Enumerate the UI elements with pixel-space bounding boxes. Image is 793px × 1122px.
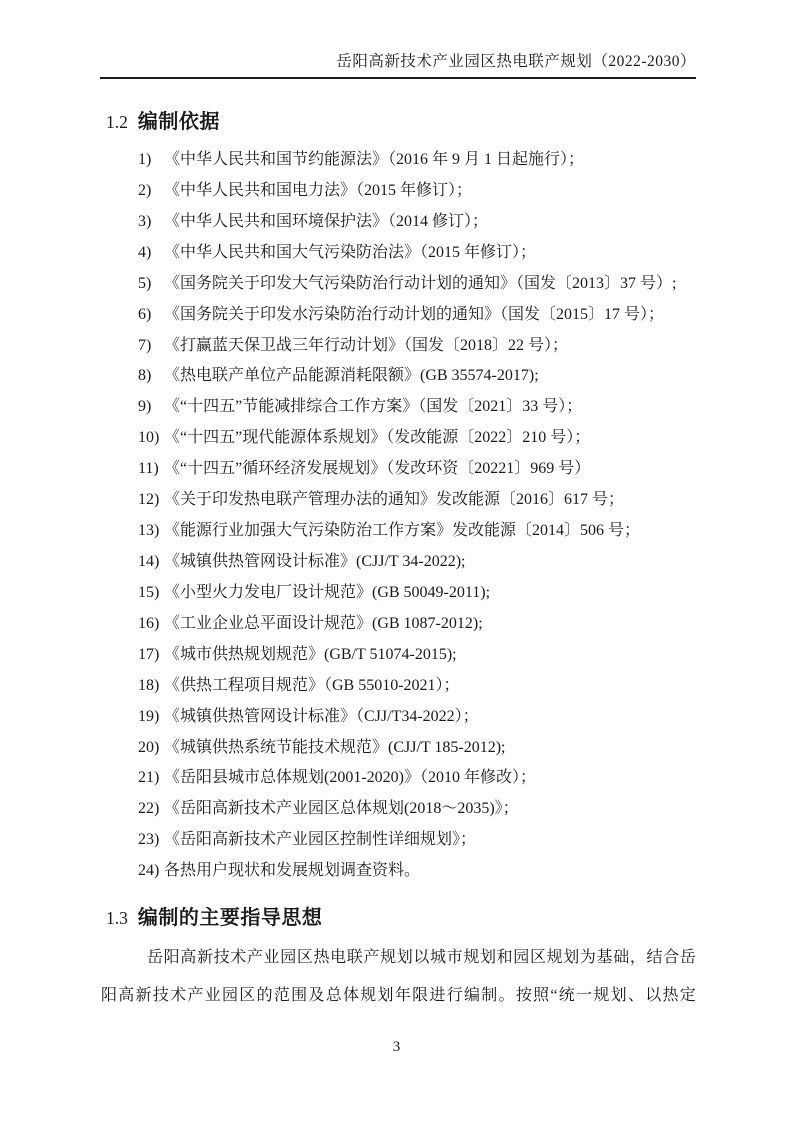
reference-item-number: 12)	[138, 485, 164, 516]
reference-item-text: 《能源行业加强大气污染防治工作方案》发改能源〔2014〕506 号；	[164, 516, 640, 547]
reference-item-text: 《城市供热规划规范》(GB/T 51074-2015);	[164, 640, 457, 671]
reference-item-text: 《城镇供热管网设计标准》（CJJ/T34-2022）；	[164, 702, 479, 733]
reference-item-number: 21)	[138, 763, 164, 794]
reference-item: 24)各热用户现状和发展规划调查资料。	[138, 856, 696, 887]
reference-item-number: 1)	[138, 145, 164, 176]
reference-item-text: 《供热工程项目规范》（GB 55010-2021）；	[164, 671, 460, 702]
reference-item-text: 《关于印发热电联产管理办法的通知》发改能源〔2016〕617 号；	[164, 485, 624, 516]
reference-item-text: 《国务院关于印发大气污染防治行动计划的通知》（国发〔2013〕37 号）;	[164, 269, 676, 300]
reference-item: 7)《打赢蓝天保卫战三年行动计划》（国发〔2018〕22 号）；	[138, 331, 696, 362]
reference-item-number: 2)	[138, 176, 164, 207]
page-footer: 3	[0, 1039, 793, 1056]
reference-item: 22)《岳阳高新技术产业园区总体规划(2018～2035)》；	[138, 794, 696, 825]
reference-item-text: 《“十四五”节能减排综合工作方案》（国发〔2021〕33 号）；	[164, 392, 582, 423]
reference-item: 3)《中华人民共和国环境保护法》（2014 修订）；	[138, 207, 696, 238]
running-header: 岳阳高新技术产业园区热电联产规划（2022-2030）	[100, 54, 696, 79]
reference-item-text: 《城镇供热管网设计标准》(CJJ/T 34-2022);	[164, 547, 466, 578]
reference-item: 19)《城镇供热管网设计标准》（CJJ/T34-2022）；	[138, 702, 696, 733]
reference-item: 5)《国务院关于印发大气污染防治行动计划的通知》（国发〔2013〕37 号）;	[138, 269, 696, 300]
reference-item-text: 各热用户现状和发展规划调查资料。	[164, 856, 420, 887]
page-number: 3	[393, 1039, 401, 1055]
reference-item-text: 《岳阳高新技术产业园区总体规划(2018～2035)》；	[164, 794, 519, 825]
reference-item-text: 《“十四五”循环经济发展规划》（发改环资〔20221〕969 号）	[164, 454, 590, 485]
reference-item-text: 《岳阳县城市总体规划(2001-2020)》（2010 年修改）；	[164, 763, 536, 794]
reference-item-number: 20)	[138, 733, 164, 764]
reference-item-number: 14)	[138, 547, 164, 578]
document-page: 岳阳高新技术产业园区热电联产规划（2022-2030） 1.2 编制依据 1)《…	[0, 0, 793, 1122]
reference-item: 10)《“十四五”现代能源体系规划》（发改能源〔2022〕210 号）；	[138, 423, 696, 454]
reference-item-text: 《中华人民共和国节约能源法》（2016 年 9 月 1 日起施行）；	[164, 145, 584, 176]
reference-item: 21)《岳阳县城市总体规划(2001-2020)》（2010 年修改）；	[138, 763, 696, 794]
section-heading-1-3: 1.3 编制的主要指导思想	[106, 901, 696, 930]
section-heading-1-2: 1.2 编制依据	[106, 105, 696, 134]
reference-item: 12)《关于印发热电联产管理办法的通知》发改能源〔2016〕617 号；	[138, 485, 696, 516]
guiding-thought-paragraph: 岳阳高新技术产业园区热电联产规划以城市规划和园区规划为基础，结合岳阳高新技术产业…	[101, 939, 696, 1014]
reference-item-text: 《工业企业总平面设计规范》(GB 1087-2012);	[164, 609, 483, 640]
reference-item: 9)《“十四五”节能减排综合工作方案》（国发〔2021〕33 号）；	[138, 392, 696, 423]
reference-item-number: 22)	[138, 794, 164, 825]
reference-item: 2)《中华人民共和国电力法》（2015 年修订）；	[138, 176, 696, 207]
reference-item: 17)《城市供热规划规范》(GB/T 51074-2015);	[138, 640, 696, 671]
reference-item-number: 8)	[138, 361, 164, 392]
reference-item-number: 6)	[138, 300, 164, 331]
reference-item-number: 17)	[138, 640, 164, 671]
reference-item-text: 《中华人民共和国大气污染防治法》（2015 年修订）；	[164, 238, 536, 269]
section-title: 编制依据	[138, 105, 220, 134]
reference-item-number: 16)	[138, 609, 164, 640]
reference-item-number: 19)	[138, 702, 164, 733]
reference-item-number: 23)	[138, 825, 164, 856]
reference-item-number: 4)	[138, 238, 164, 269]
reference-item: 23)《岳阳高新技术产业园区控制性详细规划》；	[138, 825, 696, 856]
reference-list: 1)《中华人民共和国节约能源法》（2016 年 9 月 1 日起施行）；2)《中…	[100, 145, 696, 887]
reference-item: 4)《中华人民共和国大气污染防治法》（2015 年修订）；	[138, 238, 696, 269]
reference-item-number: 24)	[138, 856, 164, 887]
section-title: 编制的主要指导思想	[138, 901, 323, 930]
reference-item-number: 5)	[138, 269, 164, 300]
reference-item: 1)《中华人民共和国节约能源法》（2016 年 9 月 1 日起施行）；	[138, 145, 696, 176]
reference-item-number: 18)	[138, 671, 164, 702]
reference-item-text: 《城镇供热系统节能技术规范》(CJJ/T 185-2012);	[164, 733, 506, 764]
reference-item-number: 7)	[138, 331, 164, 362]
reference-item-number: 13)	[138, 516, 164, 547]
reference-item-text: 《中华人民共和国环境保护法》（2014 修订）；	[164, 207, 488, 238]
reference-item: 13)《能源行业加强大气污染防治工作方案》发改能源〔2014〕506 号；	[138, 516, 696, 547]
reference-item: 6)《国务院关于印发水污染防治行动计划的通知》（国发〔2015〕17 号）；	[138, 300, 696, 331]
section-number: 1.3	[106, 908, 128, 929]
reference-item-number: 3)	[138, 207, 164, 238]
reference-item-number: 9)	[138, 392, 164, 423]
reference-item-text: 《热电联产单位产品能源消耗限额》(GB 35574-2017);	[164, 361, 539, 392]
reference-item: 15)《小型火力发电厂设计规范》(GB 50049-2011);	[138, 578, 696, 609]
reference-item: 11)《“十四五”循环经济发展规划》（发改环资〔20221〕969 号）	[138, 454, 696, 485]
reference-item-number: 11)	[138, 454, 164, 485]
reference-item-text: 《岳阳高新技术产业园区控制性详细规划》；	[164, 825, 476, 856]
reference-item: 20)《城镇供热系统节能技术规范》(CJJ/T 185-2012);	[138, 733, 696, 764]
reference-item: 18)《供热工程项目规范》（GB 55010-2021）；	[138, 671, 696, 702]
reference-item-number: 10)	[138, 423, 164, 454]
reference-item-text: 《小型火力发电厂设计规范》(GB 50049-2011);	[164, 578, 490, 609]
reference-item: 16)《工业企业总平面设计规范》(GB 1087-2012);	[138, 609, 696, 640]
reference-item-text: 《国务院关于印发水污染防治行动计划的通知》（国发〔2015〕17 号）；	[164, 300, 664, 331]
reference-item-number: 15)	[138, 578, 164, 609]
reference-item-text: 《中华人民共和国电力法》（2015 年修订）；	[164, 176, 472, 207]
reference-item-text: 《“十四五”现代能源体系规划》（发改能源〔2022〕210 号）；	[164, 423, 590, 454]
reference-item: 8)《热电联产单位产品能源消耗限额》(GB 35574-2017);	[138, 361, 696, 392]
reference-item-text: 《打赢蓝天保卫战三年行动计划》（国发〔2018〕22 号）；	[164, 331, 568, 362]
reference-item: 14)《城镇供热管网设计标准》(CJJ/T 34-2022);	[138, 547, 696, 578]
section-number: 1.2	[106, 112, 128, 133]
